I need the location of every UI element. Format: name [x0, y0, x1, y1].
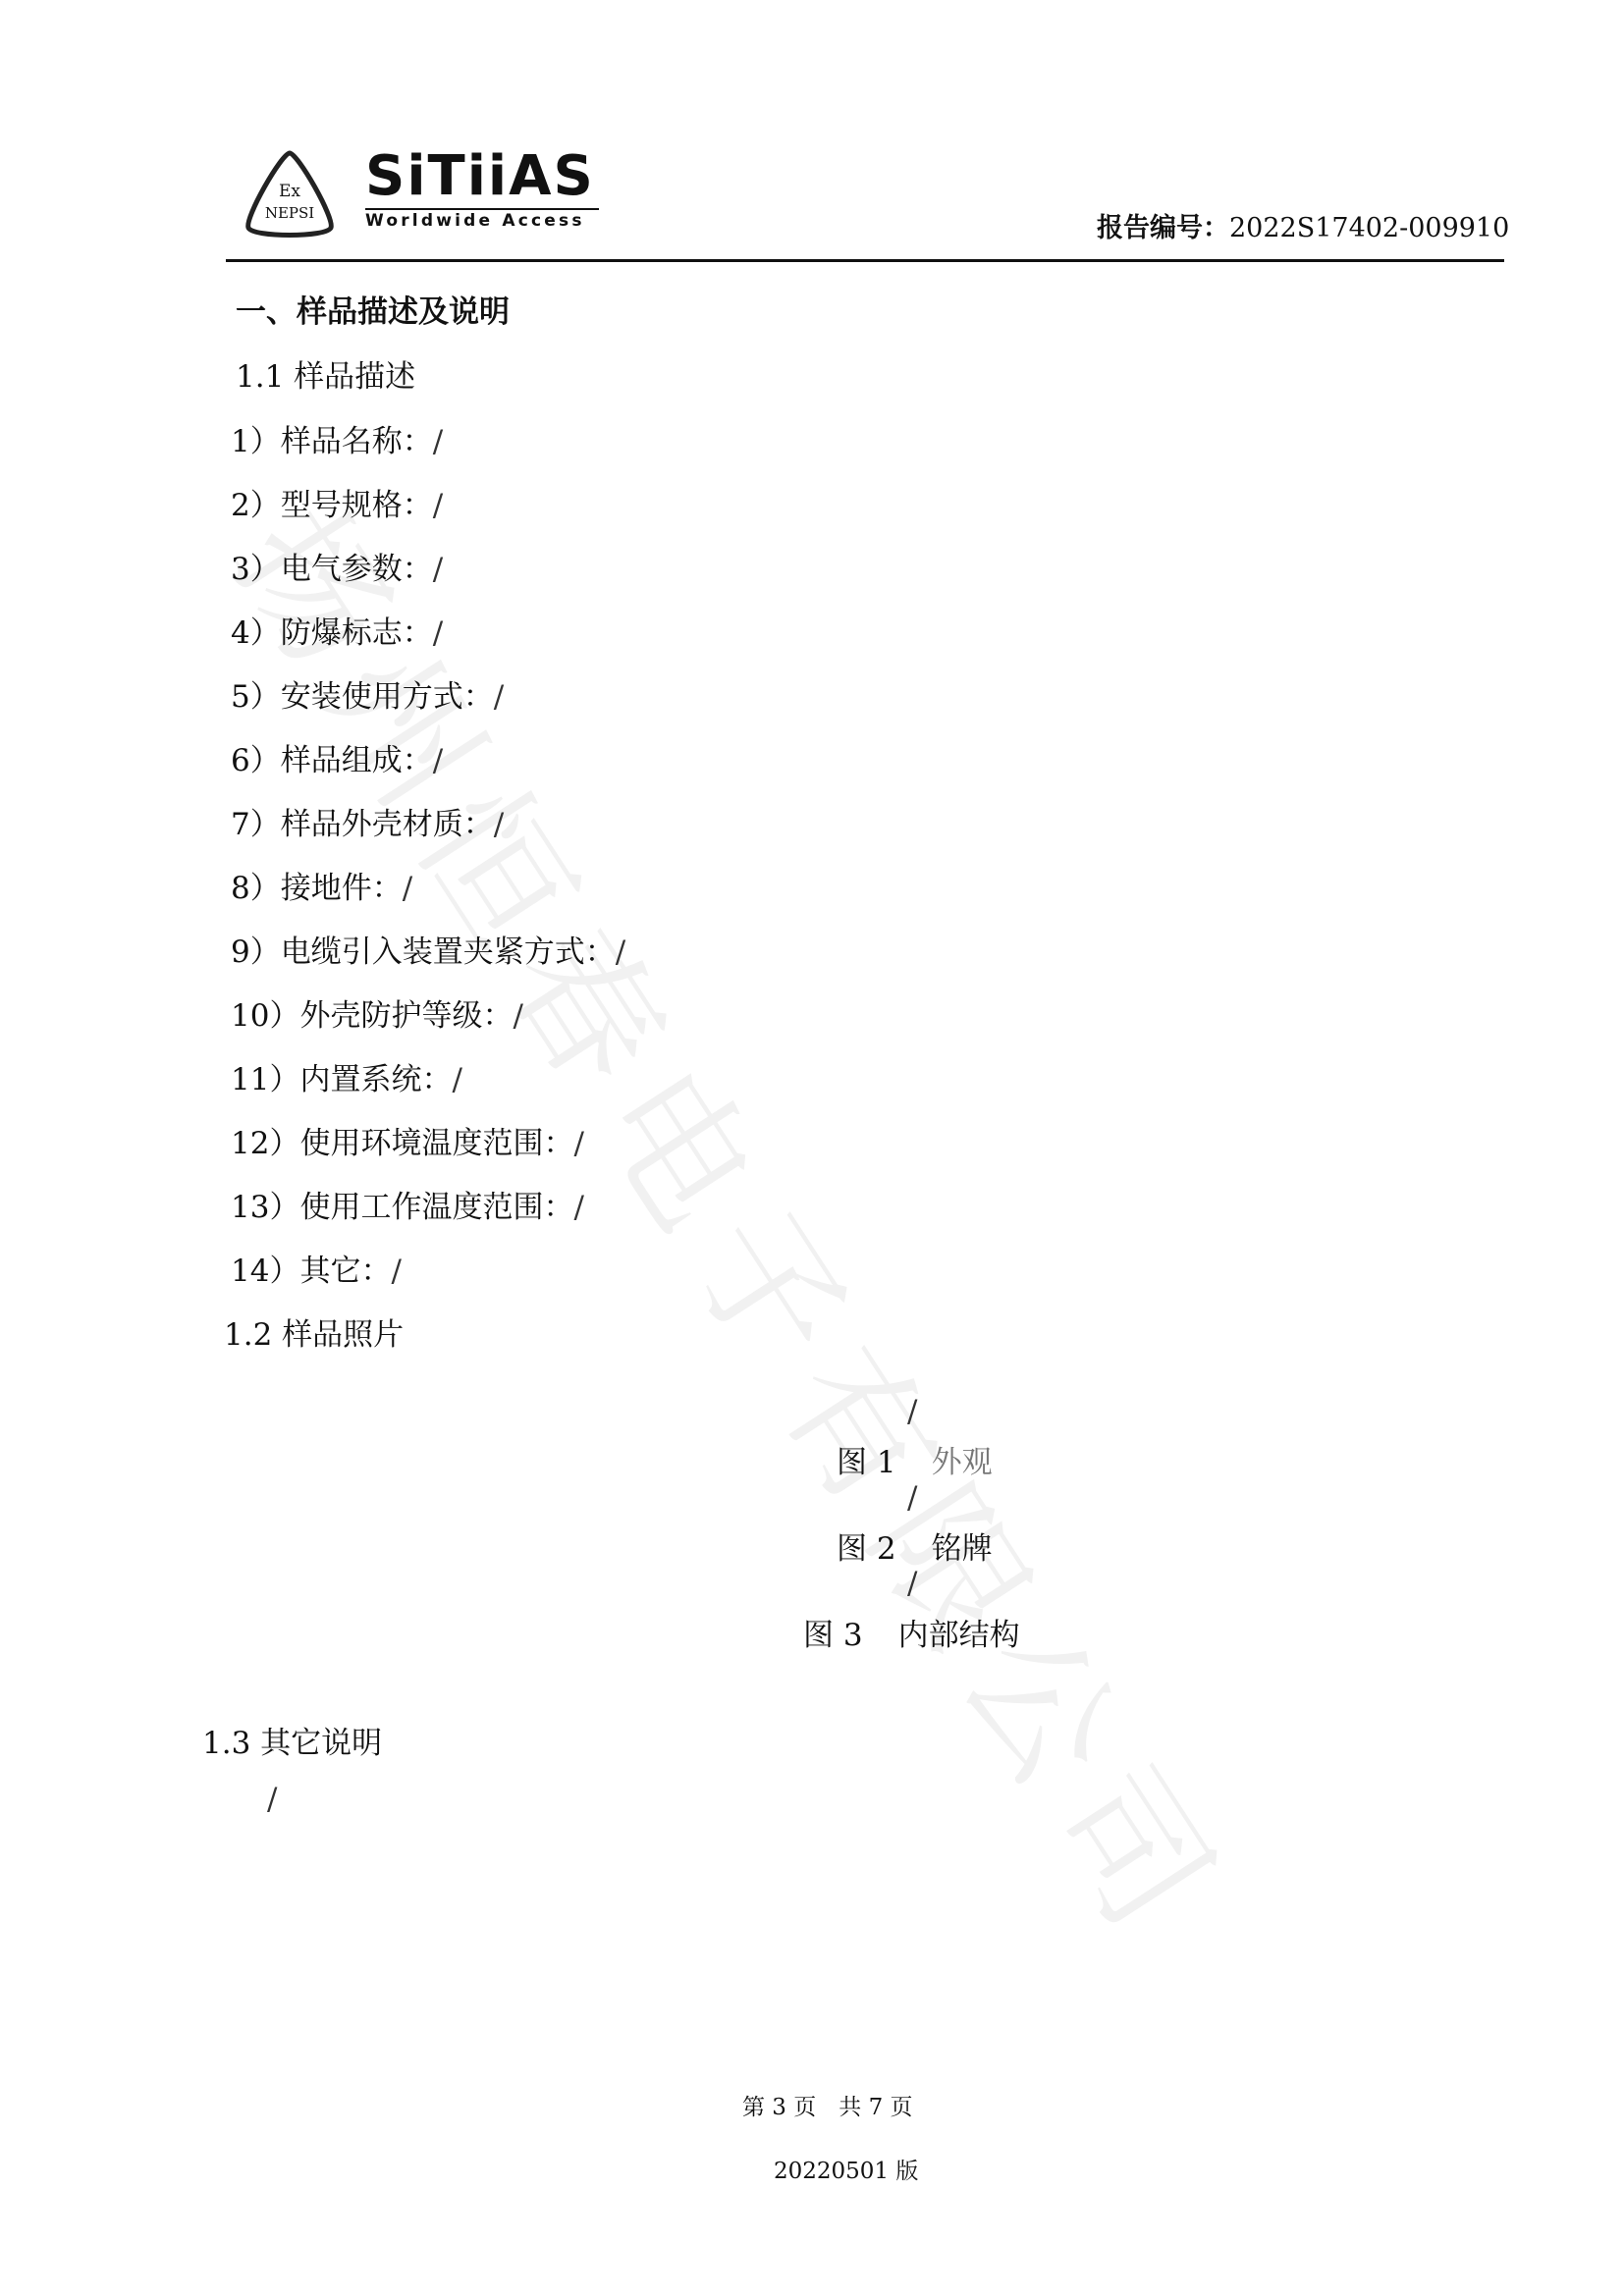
brand-name: SiTiiAS: [365, 147, 601, 206]
list-item: 13）使用工作温度范围：/: [231, 1182, 584, 1226]
list-item: 12）使用环境温度范围：/: [231, 1118, 584, 1162]
list-item: 11）内置系统：/: [231, 1054, 462, 1098]
svg-text:NEPSI: NEPSI: [265, 204, 314, 222]
figure-2-text: 铭牌: [932, 1531, 993, 1567]
figure-3-placeholder: /: [907, 1566, 917, 1601]
figure-2-caption: 图 2铭牌: [837, 1523, 993, 1568]
subsection-1-2-title: 1.2 样品照片: [224, 1309, 404, 1354]
list-item: 10）外壳防护等级：/: [231, 990, 523, 1035]
subsection-1-3-title: 1.3 其它说明: [202, 1718, 382, 1762]
figure-2-placeholder: /: [907, 1480, 917, 1516]
header-divider: [226, 259, 1504, 262]
brand-tagline: Worldwide Access: [365, 210, 601, 232]
figure-1-number: 图 1: [837, 1445, 896, 1480]
sitiias-brand: SiTiiAS Worldwide Access: [365, 147, 601, 232]
figure-2-number: 图 2: [837, 1531, 896, 1567]
list-item: 2）型号规格：/: [231, 480, 443, 524]
report-number-value: 2022S17402-009910: [1229, 213, 1509, 243]
list-item: 8）接地件：/: [231, 863, 412, 907]
report-number-label: 报告编号：: [1097, 213, 1229, 243]
figure-1-placeholder: /: [907, 1394, 917, 1429]
list-item: 5）安装使用方式：/: [231, 671, 504, 716]
figure-3-text: 内部结构: [898, 1618, 1020, 1653]
list-item: 14）其它：/: [231, 1246, 402, 1290]
report-number: 报告编号：2022S17402-009910: [1097, 206, 1509, 244]
subsection-1-3-value: /: [267, 1782, 277, 1817]
figure-3-caption: 图 3内部结构: [803, 1610, 1020, 1654]
list-item: 6）样品组成：/: [231, 735, 443, 779]
ex-triangle-icon: Ex NEPSI: [241, 149, 339, 242]
list-item: 7）样品外壳材质：/: [231, 799, 504, 843]
version-label: 20220501 版: [774, 2153, 918, 2185]
subsection-1-1-title: 1.1 样品描述: [236, 351, 415, 396]
svg-text:Ex: Ex: [279, 182, 300, 201]
list-item: 4）防爆标志：/: [231, 608, 443, 652]
list-item: 1）样品名称：/: [231, 416, 443, 460]
figure-1-caption: 图 1外观: [837, 1437, 993, 1481]
nepsi-ex-logo: Ex NEPSI: [241, 149, 339, 242]
list-item: 3）电气参数：/: [231, 544, 443, 588]
list-item: 9）电缆引入装置夹紧方式：/: [231, 927, 625, 971]
page-number: 第 3 页 共 7 页: [742, 2089, 913, 2121]
figure-3-number: 图 3: [803, 1618, 863, 1653]
section-title: 一、样品描述及说明: [236, 287, 510, 331]
figure-1-text: 外观: [932, 1445, 993, 1480]
